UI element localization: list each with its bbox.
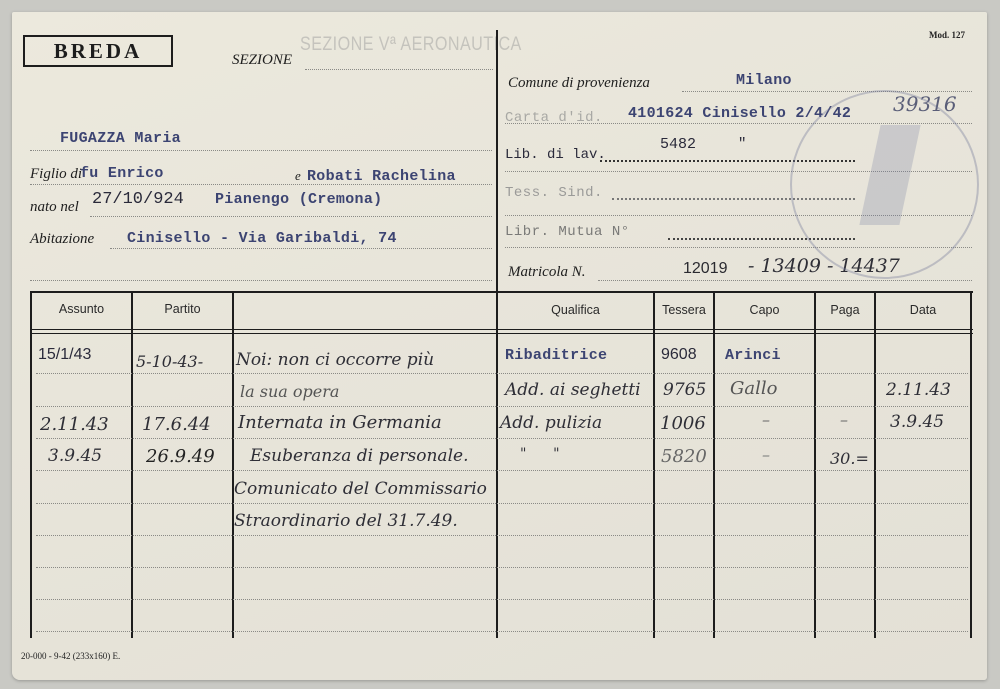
row0-tessera: 9608: [661, 346, 697, 364]
matricola-value: 12019: [683, 260, 728, 278]
row3-capo: –: [762, 445, 770, 464]
lib-lav-mark: ": [738, 136, 746, 152]
row2-qualifica: Add. pulizia: [500, 413, 602, 433]
figlio-label: Figlio di: [30, 166, 82, 183]
lib-lav-label: Lib. di lav.: [505, 147, 606, 163]
row0-capo: Arinci: [725, 347, 781, 364]
center-divider: [496, 30, 498, 292]
header-partito: Partito: [133, 302, 232, 316]
header-qualifica: Qualifica: [498, 303, 653, 317]
row3-qualifica: " ": [520, 446, 560, 462]
row1-capo: Gallo: [730, 378, 777, 399]
row0-partito: 5-10-43-: [136, 352, 203, 371]
row2-partito: 17.6.44: [142, 414, 211, 435]
comune-value: Milano: [736, 72, 792, 89]
birth-place: Pianengo (Cremona): [215, 191, 382, 208]
row5-note: Straordinario del 31.7.49.: [234, 511, 458, 531]
row1-note: la sua opera: [240, 382, 339, 401]
lib-lav-value: 5482: [660, 136, 696, 153]
print-info: 20-000 - 9-42 (233x160) E.: [21, 651, 120, 661]
table-header-border: [30, 329, 973, 334]
row3-assunto: 3.9.45: [48, 446, 102, 466]
row3-paga: 30.=: [830, 449, 869, 468]
faint-stamp-text: SEZIONE Vª AERONAUTICA: [300, 34, 522, 56]
row2-tessera: 1006: [660, 413, 706, 434]
header-tessera: Tessera: [655, 303, 713, 317]
row2-capo: –: [762, 410, 770, 429]
header-paga: Paga: [816, 303, 874, 317]
row3-partito: 26.9.49: [146, 446, 215, 467]
nato-label: nato nel: [30, 199, 79, 216]
row2-paga: –: [840, 410, 848, 429]
row0-qualifica: Ribaditrice: [505, 347, 607, 364]
comune-label: Comune di provenienza: [508, 75, 650, 92]
row2-note: Internata in Germania: [238, 412, 442, 433]
row4-note: Comunicato del Commissario: [234, 479, 487, 499]
row3-note: Esuberanza di personale.: [250, 446, 468, 466]
mother-name: Robati Rachelina: [307, 168, 456, 185]
sezione-label: SEZIONE: [232, 52, 292, 69]
row0-note: Noi: non ci occorre più: [236, 350, 434, 370]
row1-qualifica: Add. ai seghetti: [505, 380, 641, 400]
company-name: BREDA: [54, 39, 143, 64]
row1-data: 2.11.43: [886, 380, 951, 400]
mother-prefix: e: [295, 168, 301, 184]
tess-sind-label: Tess. Sind.: [505, 185, 603, 201]
row1-tessera: 9765: [663, 380, 706, 400]
table-top-border: [30, 291, 973, 293]
abitazione-label: Abitazione: [30, 231, 94, 248]
row2-assunto: 2.11.43: [40, 414, 109, 435]
header-assunto: Assunto: [32, 302, 131, 316]
header-capo: Capo: [715, 303, 814, 317]
form-code: Mod. 127: [929, 30, 965, 40]
row2-data: 3.9.45: [890, 412, 944, 432]
address: Cinisello - Via Garibaldi, 74: [127, 230, 397, 247]
libr-mutua-label: Libr. Mutua N°: [505, 224, 630, 240]
matricola-label: Matricola N.: [508, 264, 586, 281]
birth-date: 27/10/924: [92, 190, 184, 209]
row0-assunto: 15/1/43: [38, 346, 91, 364]
father-name: fu Enrico: [80, 165, 164, 182]
employee-name: FUGAZZA Maria: [60, 130, 181, 147]
header-data: Data: [876, 303, 970, 317]
company-logo-box: BREDA: [23, 35, 173, 67]
row3-tessera: 5820: [661, 446, 707, 467]
